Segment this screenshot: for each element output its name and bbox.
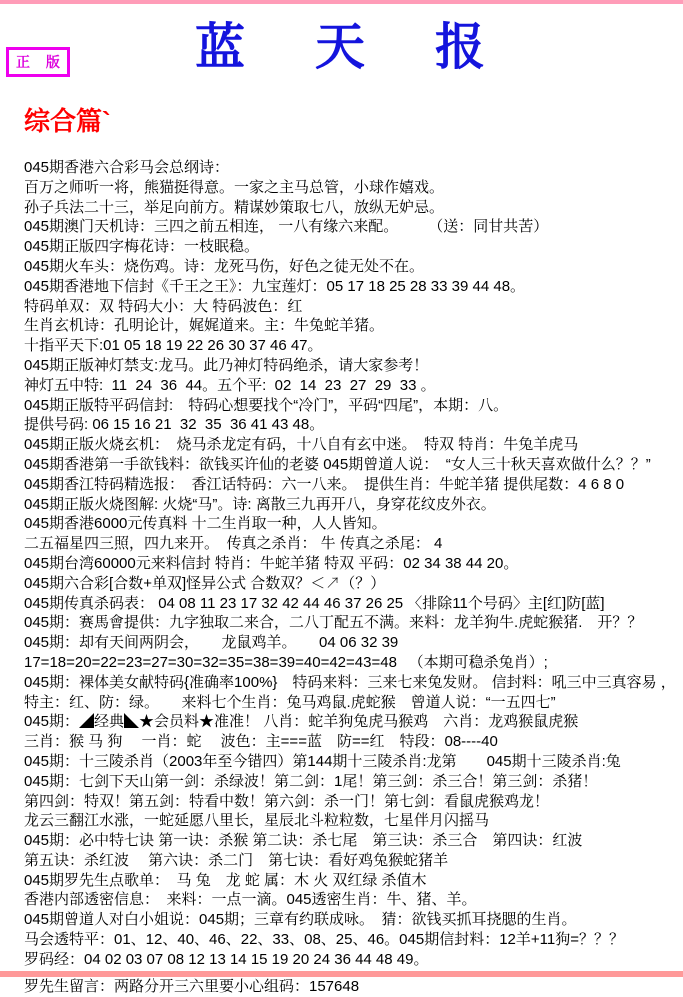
page-title: 蓝 天 报	[195, 22, 495, 72]
section-heading: 综合篇`	[24, 106, 111, 137]
report-line: 第四剑：特双！第五剑：特看中数！第六剑：杀一门！第七剑：看鼠虎猴鸡龙！	[24, 792, 679, 812]
report-line: 045期正版神灯禁支:龙马。此乃神灯特码绝杀，请大家参考！	[24, 356, 679, 376]
report-line: 045期罗先生点歌单： 马 兔 龙 蛇 属：木 火 双红绿 杀值木	[24, 871, 679, 891]
report-line: 提供号码: 06 15 16 21 32 35 36 41 43 48。	[24, 415, 679, 435]
report-line: 045期：十三陵杀肖（2003年至今错四）第144期十三陵杀肖:龙第 045期十…	[24, 752, 679, 772]
report-line: 17=18=20=22=23=27=30=32=35=38=39=40=42=4…	[24, 653, 679, 673]
report-line: 百万之师听一将，熊猫挺得意。一家之主马总管，小球作嬉戏。	[24, 178, 679, 198]
report-line: 045期：却有天间两阴会， 龙鼠鸡羊。 04 06 32 39	[24, 633, 679, 653]
report-line: 特主：红、防：绿。 来料七个生肖：兔马鸡鼠.虎蛇猴 曾道人说：“一五四七”	[24, 693, 679, 713]
report-line: 045期：七剑下天山第一剑：杀绿波！第二剑：1尾！第三剑：杀三合！第三剑：杀猪！	[24, 772, 679, 792]
report-line: 罗码经：04 02 03 07 08 12 13 14 15 19 20 24 …	[24, 950, 679, 970]
authentic-badge: 正 版	[6, 47, 70, 77]
report-line: 045期火车头：烧伤鸡。诗：龙死马伤，好色之徒无处不在。	[24, 257, 679, 277]
report-line: 神灯五中特: 11 24 36 44。五个平: 02 14 23 27 29 3…	[24, 376, 679, 396]
report-line: 045期：裸体美女献特码{准确率100%} 特码来料：三来七来兔发财。 信封料：…	[24, 673, 679, 693]
report-line: 045期台湾60000元来料信封 特肖：牛蛇羊猪 特双 平码：02 34 38 …	[24, 554, 679, 574]
bottom-divider-bar	[0, 971, 683, 977]
report-line: 三肖：猴 马 狗 一肖：蛇 波色：主===蓝 防==红 特段：08----40	[24, 732, 679, 752]
report-line: 生肖玄机诗：孔明论计，娓娓道来。主：牛兔蛇羊猪。	[24, 316, 679, 336]
report-line: 045期传真杀码表： 04 08 11 23 17 32 42 44 46 37…	[24, 594, 679, 614]
report-line: 龙云三翻江水涨，一蛇延愿八里长，星辰北斗粒粒数，七星伴月闪摇马	[24, 811, 679, 831]
report-line: 045期正版四字梅花诗：一枝眠稳。	[24, 237, 679, 257]
report-page: 正 版 蓝 天 报 综合篇` 045期香港六合彩马会总纲诗：百万之师听一将，熊猫…	[0, 0, 683, 997]
report-line: 045期正版火烧玄机： 烧马杀龙定有码，十八自有玄中迷。 特双 特肖：牛兔羊虎马	[24, 435, 679, 455]
authentic-badge-label: 正 版	[10, 52, 66, 72]
report-line: 马会透特平：01、12、40、46、22、33、08、25、46。045期信封料…	[24, 930, 679, 950]
report-line: 孙子兵法二十三，举足向前方。精谋妙策取七八，放纵无妒忌。	[24, 198, 679, 218]
report-line: 045期曾道人对白小姐说：045期；三章有约联成咏。 猜：欲钱买抓耳挠腮的生肖。	[24, 910, 679, 930]
report-line: 第五诀：杀红波 第六诀：杀二门 第七诀：看好鸡兔猴蛇猪羊	[24, 851, 679, 871]
top-border-bar	[0, 0, 683, 4]
footer-message: 罗先生留言：两路分开三六里要小心组码：157648	[24, 979, 359, 995]
report-line: 045期：◢经典◣★会员料★准准！ 八肖：蛇羊狗兔虎马猴鸡 六肖：龙鸡猴鼠虎猴	[24, 712, 679, 732]
report-line: 045期香港第一手欲钱料：欲钱买许仙的老婆 045期曾道人说： “女人三十秋天喜…	[24, 455, 679, 475]
report-line: 045期正版火烧图解: 火烧“马”。诗: 离散三九再开八，身穿花纹皮外衣。	[24, 495, 679, 515]
report-body: 045期香港六合彩马会总纲诗：百万之师听一将，熊猫挺得意。一家之主马总管，小球作…	[24, 158, 679, 970]
report-line: 045期：赛馬會提供：九字独取二来合，二八丁配五不满。来料：龙羊狗牛.虎蛇猴猪.…	[24, 613, 679, 633]
report-line: 045期：必中特七诀 第一诀：杀猴 第二诀：杀七尾 第三诀：杀三合 第四诀：红波	[24, 831, 679, 851]
report-line: 045期正版特平码信封: 特码心想要找个“冷门”，平码“四尾”，本期：八。	[24, 396, 679, 416]
report-line: 香港内部透密信息： 来料：一点一滴。045透密生肖：牛、猪、羊。	[24, 890, 679, 910]
report-line: 045期香港六合彩马会总纲诗：	[24, 158, 679, 178]
report-line: 045期香江特码精选报： 香江话特码：六一八来。 提供生肖：牛蛇羊猪 提供尾数：…	[24, 475, 679, 495]
report-line: 二五福星四三照，四九来开。 传真之杀肖： 牛 传真之杀尾： 4	[24, 534, 679, 554]
report-line: 045期香港地下信封《千王之王》：九宝莲灯：05 17 18 25 28 33 …	[24, 277, 679, 297]
report-line: 特码单双：双 特码大小：大 特码波色：红	[24, 297, 679, 317]
report-line: 十指平天下:01 05 18 19 22 26 30 37 46 47。	[24, 336, 679, 356]
report-line: 045期澳门天机诗：三四之前五相连， 一八有缘六来配。 （送：同甘共苦）	[24, 217, 679, 237]
report-line: 045期香港6000元传真料 十二生肖取一种，人人皆知。	[24, 514, 679, 534]
report-line: 045期六合彩[合数+单双]怪异公式 合数双？＜↗（？）	[24, 574, 679, 594]
